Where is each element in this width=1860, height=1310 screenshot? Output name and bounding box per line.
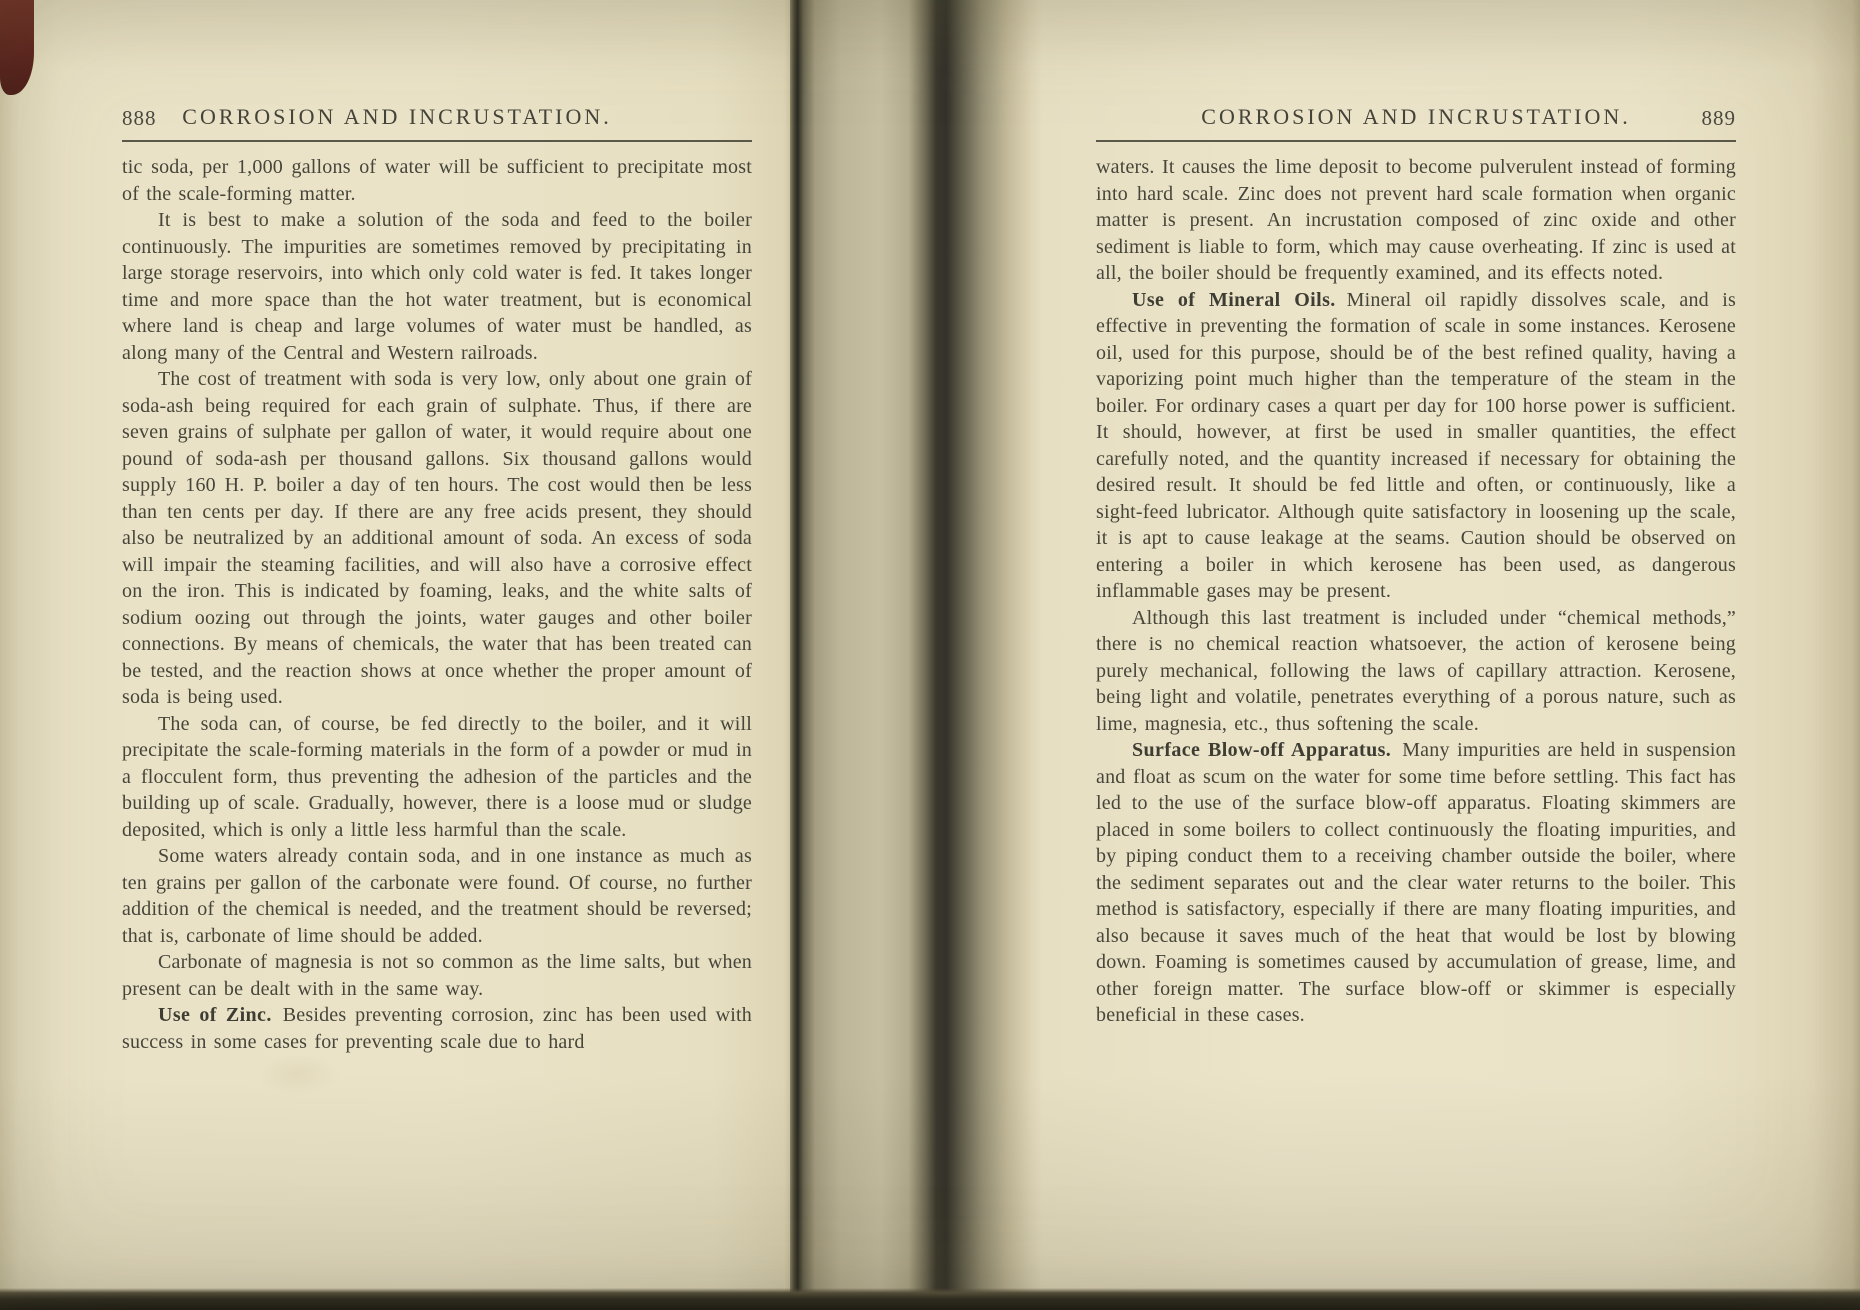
left-page-number: 888 [122,106,157,131]
paragraph-lead: Use of Zinc. [158,1004,272,1026]
paragraph: Carbonate of magnesia is not so common a… [122,949,752,1002]
left-running-header: CORROSION AND INCRUSTATION. [182,104,611,130]
left-page-body: tic soda, per 1,000 gallons of water wil… [122,142,752,1055]
paragraph: Surface Blow-off Apparatus.Many impuriti… [1096,737,1736,1029]
book-gutter [790,0,1042,1310]
paragraph: Although this last treatment is included… [1096,605,1736,738]
right-page-body: waters. It causes the lime deposit to be… [1096,142,1736,1029]
paragraph: tic soda, per 1,000 gallons of water wil… [122,154,752,207]
paragraph-lead: Surface Blow-off Apparatus. [1132,739,1391,761]
paragraph: It is best to make a solution of the sod… [122,207,752,366]
paragraph: The soda can, of course, be fed directly… [122,711,752,844]
book-spread: 888 CORROSION AND INCRUSTATION. tic soda… [0,0,1860,1310]
book-bottom-edge [0,1288,1860,1310]
left-page-header: 888 CORROSION AND INCRUSTATION. [122,104,752,138]
paragraph-text: Mineral oil rapidly dissolves scale, and… [1096,289,1736,603]
paragraph: The cost of treatment with soda is very … [122,366,752,711]
right-running-header: CORROSION AND INCRUSTATION. [1201,104,1630,130]
paragraph: Some waters already contain soda, and in… [122,843,752,949]
paragraph-lead: Use of Mineral Oils. [1132,289,1336,311]
right-page-number: 889 [1702,106,1737,131]
paragraph: Use of Mineral Oils.Mineral oil rapidly … [1096,287,1736,605]
paragraph-text: Many impurities are held in suspension a… [1096,739,1736,1026]
right-page: CORROSION AND INCRUSTATION. 889 waters. … [1096,104,1736,1029]
paragraph: waters. It causes the lime deposit to be… [1096,154,1736,287]
left-page: 888 CORROSION AND INCRUSTATION. tic soda… [122,104,752,1055]
right-page-header: CORROSION AND INCRUSTATION. 889 [1096,104,1736,138]
paragraph: Use of Zinc.Besides preventing corrosion… [122,1002,752,1055]
